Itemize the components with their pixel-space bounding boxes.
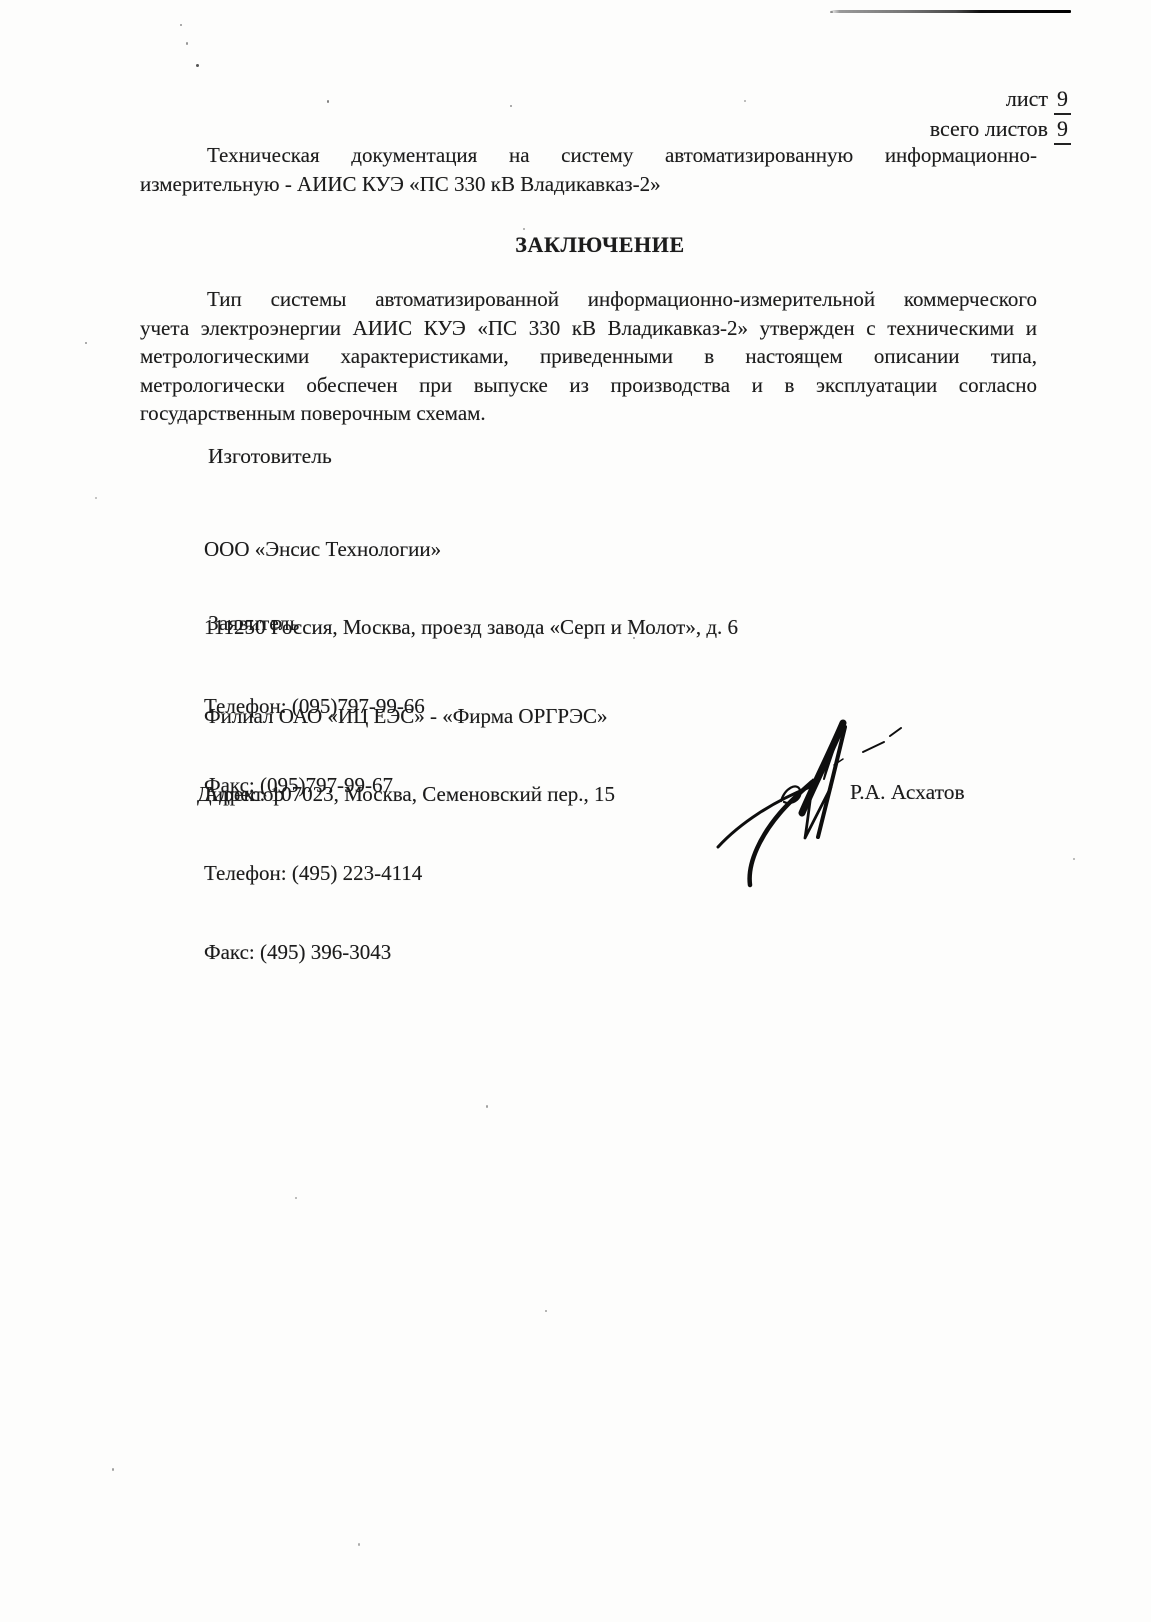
total-sheets-label: всего листов [930,116,1048,141]
title-line: измерительную - АИИС КУЭ «ПС 330 кВ Влад… [140,170,1037,199]
scan-speck [112,1468,114,1471]
scan-speck [510,105,512,107]
scan-speck [545,1310,547,1312]
applicant-block: Филиал ОАО «ИЦ ЕЭС» - «Фирма ОРГРЭС» Адр… [204,650,615,1018]
page-numbering: лист9 всего листов9 [930,85,1071,145]
director-label: Директор [197,781,284,807]
scan-speck [186,42,188,45]
manufacturer-label: Изготовитель [208,443,332,469]
title-paragraph: Техническая документация на систему авто… [140,141,1037,198]
scan-speck [486,1105,488,1108]
applicant-phone: Телефон: (495) 223-4114 [204,860,615,886]
body-line: Тип системы автоматизированной информаци… [140,285,1037,314]
scan-artifact-line [830,10,1071,13]
scan-speck [633,637,635,639]
scan-speck [327,100,329,103]
sheet-label: лист [1006,86,1048,111]
body-paragraph: Тип системы автоматизированной информаци… [140,285,1037,428]
scan-speck [830,11,833,13]
scan-speck [358,1543,360,1546]
sheet-number-line: лист9 [930,85,1071,115]
scan-speck [523,228,525,230]
scan-speck [1073,858,1075,860]
body-line: метрологически обеспечен при выпуске из … [140,371,1037,400]
body-line: государственным поверочным схемам. [140,399,1037,428]
applicant-name: Филиал ОАО «ИЦ ЕЭС» - «Фирма ОРГРЭС» [204,703,615,729]
scan-speck [180,24,182,26]
scan-speck [196,64,199,67]
signature-scribble [710,685,920,895]
total-sheets-number: 9 [1054,115,1071,145]
scan-speck [95,497,97,499]
sheet-number: 9 [1054,85,1071,115]
scan-speck [744,100,746,102]
conclusion-heading: ЗАКЛЮЧЕНИЕ [140,232,1060,258]
manufacturer-name: ООО «Энсис Технологии» [204,536,738,562]
document-page: лист9 всего листов9 Техническая документ… [0,0,1151,1622]
body-line: учета электроэнергии АИИС КУЭ «ПС 330 кВ… [140,314,1037,343]
applicant-fax: Факс: (495) 396-3043 [204,939,615,965]
applicant-label: Заявитель [208,610,299,636]
title-line: Техническая документация на систему авто… [140,141,1037,170]
body-line: метрологическими характеристиками, приве… [140,342,1037,371]
scan-speck [295,1197,297,1199]
scan-speck [85,342,87,344]
